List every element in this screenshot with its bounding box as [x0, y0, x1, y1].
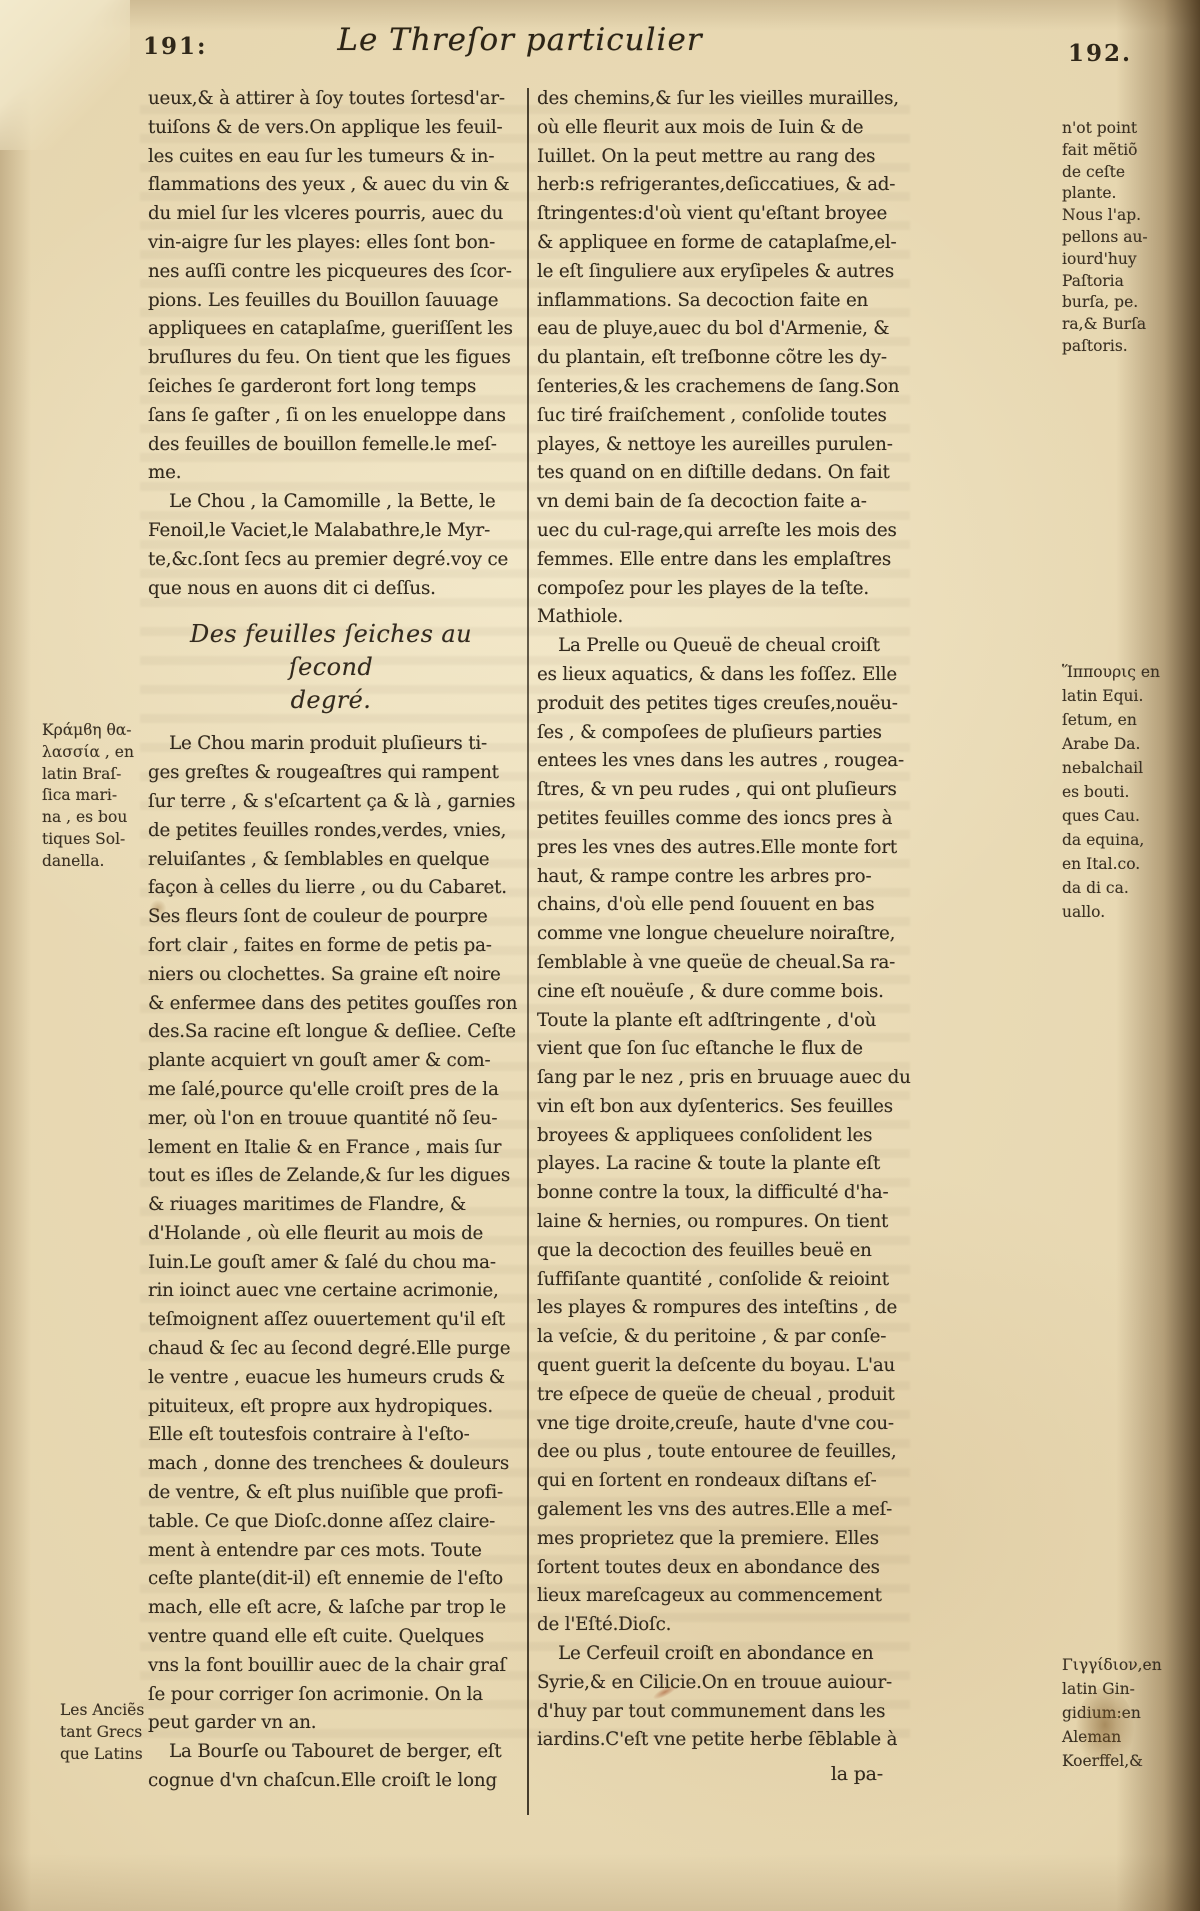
- text-line: es lieux aquatics, & dans les foſſez. El…: [537, 660, 894, 689]
- text-line: Nous l'ap.: [1062, 205, 1190, 227]
- section-heading-line2: degré.: [148, 684, 514, 717]
- text-line: iourd'huy: [1062, 249, 1190, 271]
- text-line: & appliquee en forme de cataplaſme,el-: [537, 228, 894, 257]
- text-line: les cuites en eau ſur les tumeurs & in-: [148, 142, 509, 171]
- text-line: latin Gin-: [1062, 1677, 1190, 1701]
- paragraph-bourse-de-berger: La Bourſe ou Tabouret de berger, eſtcogn…: [148, 1737, 524, 1795]
- text-line: ſetum, en: [1062, 708, 1190, 732]
- text-line: Toute la plante eſt adſtringente , d'où: [537, 1006, 894, 1035]
- text-line: de petites feuilles rondes,verdes, vnies…: [148, 816, 509, 845]
- text-line: flammations des yeux , & auec du vin &: [148, 170, 509, 199]
- paragraph-chou-marin: Le Chou marin produit pluſieurs ti-ges g…: [148, 729, 524, 1737]
- paragraph-prelle-queue-de-cheval: La Prelle ou Queuë de cheual croiſtes li…: [537, 631, 909, 1639]
- text-line: uallo.: [1062, 900, 1190, 924]
- text-line: Ses fleurs ſont de couleur de pourpre: [148, 902, 509, 931]
- text-line: playes, & nettoye les aureilles purulen-: [537, 430, 894, 459]
- text-line: cine eſt nouëuſe , & dure comme bois.: [537, 977, 894, 1006]
- margin-note-pastoria-bursa: n'ot pointfait mẽtiõde ceſteplante.Nous …: [1062, 118, 1190, 358]
- text-line: vne tige droite,creuſe, haute d'vne cou-: [537, 1409, 894, 1438]
- text-line: na , es bou: [42, 807, 144, 829]
- text-line: que la decoction des feuilles beuë en: [537, 1236, 894, 1265]
- text-line: ſenteries,& les crachemens de ſang.Son: [537, 372, 894, 401]
- text-line: Le Chou , la Camomille , la Bette, le: [148, 487, 509, 516]
- text-line: vin-aigre ſur les playes: elles ſont bon…: [148, 228, 509, 257]
- text-line: appliquees en cataplaſme, gueriſſent les: [148, 314, 509, 343]
- text-line: galement les vns des autres.Elle a meſ-: [537, 1495, 894, 1524]
- text-line: Iuin.Le gouſt amer & ſalé du chou ma-: [148, 1248, 509, 1277]
- text-line: uec du cul-rage,qui arreſte les mois des: [537, 516, 894, 545]
- text-line: vns la font bouillir auec de la chair gr…: [148, 1651, 509, 1680]
- text-line: la veſcie, & du peritoine , & par conſe-: [537, 1322, 894, 1351]
- text-line: niers ou clochettes. Sa graine eſt noire: [148, 960, 509, 989]
- right-text-column: des chemins,& ſur les vieilles murailles…: [537, 84, 909, 1789]
- text-line: ra,& Burſa: [1062, 314, 1190, 336]
- text-line: & riuages maritimes de Flandre, &: [148, 1190, 509, 1219]
- text-line: vn demi bain de ſa decoction faite a-: [537, 487, 894, 516]
- text-line: compoſez pour les playes de la teſte.: [537, 574, 894, 603]
- text-line: pituiteux, eſt propre aux hydropiques.: [148, 1392, 509, 1421]
- text-line: d'huy par tout communement dans les: [537, 1697, 894, 1726]
- text-line: où elle fleurit aux mois de Iuin & de: [537, 113, 894, 142]
- text-line: plante.: [1062, 183, 1190, 205]
- text-line: mach, elle eſt acre, & laſche par trop l…: [148, 1593, 509, 1622]
- text-line: Les Anciẽs: [60, 1700, 160, 1722]
- margin-note-crambe: Κράμϐη θα-λασσία , enlatin Braſ-ſica mar…: [42, 720, 144, 873]
- text-line: ment à entendre par ces mots. Toute: [148, 1536, 509, 1565]
- text-line: du miel ſur les vlceres pourris, auec du: [148, 199, 509, 228]
- text-line: ſtres, & vn peu rudes , qui ont pluſieur…: [537, 775, 894, 804]
- text-line: ſe pour corriger ſon acrimonie. On la: [148, 1680, 509, 1709]
- text-line: te,&c.ſont ſecs au premier degré.voy ce: [148, 545, 509, 574]
- text-line: La Bourſe ou Tabouret de berger, eſt: [148, 1737, 509, 1766]
- text-line: les playes & rompures des inteſtins , de: [537, 1293, 894, 1322]
- text-line: ſur terre , & s'eſcartent ça & là , garn…: [148, 787, 509, 816]
- text-line: que Latins: [60, 1744, 160, 1766]
- catchword: la pa-: [537, 1760, 909, 1789]
- text-line: table. Ce que Dioſc.donne aſſez claire-: [148, 1507, 509, 1536]
- text-line: Ἵππουρις en: [1062, 660, 1190, 684]
- text-line: tuiſons & de vers.On applique les feuil-: [148, 113, 509, 142]
- text-line: Fenoil,le Vaciet,le Malabathre,le Myr-: [148, 516, 509, 545]
- text-line: plante acquiert vn gouſt amer & com-: [148, 1046, 509, 1075]
- text-line: pions. Les feuilles du Bouillon ſauuage: [148, 286, 509, 315]
- text-line: comme vne longue cheuelure noiraſtre,: [537, 919, 894, 948]
- text-line: femmes. Elle entre dans les emplaſtres: [537, 545, 894, 574]
- text-line: eau de pluye,auec du bol d'Armenie, &: [537, 314, 894, 343]
- text-line: des.Sa racine eſt longue & deſliee. Ceſt…: [148, 1017, 509, 1046]
- text-line: Le Chou marin produit pluſieurs ti-: [148, 729, 509, 758]
- text-line: Arabe Da.: [1062, 732, 1190, 756]
- text-line: chaud & ſec au ſecond degré.Elle purge: [148, 1334, 509, 1363]
- text-line: chains, d'où elle pend ſouuent en bas: [537, 890, 894, 919]
- text-line: ſans ſe gaſter , ſi on les enueloppe dan…: [148, 401, 509, 430]
- text-line: petites feuilles comme des ioncs pres à: [537, 804, 894, 833]
- text-line: ſortent toutes deux en abondance des: [537, 1553, 894, 1582]
- text-line: es bouti.: [1062, 780, 1190, 804]
- paragraph-bouillon-continuation: ueux,& à attirer à ſoy toutes ſortesd'ar…: [148, 84, 524, 487]
- text-line: ſtringentes:d'où vient qu'eſtant broyee: [537, 199, 894, 228]
- text-line: de l'Eſté.Dioſc.: [537, 1610, 894, 1639]
- text-line: broyees & appliquees conſolident les: [537, 1121, 894, 1150]
- text-line: ſuffiſante quantité , conſolide & reioin…: [537, 1265, 894, 1294]
- running-title: Le Threſor particulier: [290, 22, 750, 58]
- text-line: qui en ſortent en rondeaux diſtans eſ-: [537, 1466, 894, 1495]
- text-line: fort clair , faites en forme de petis pa…: [148, 931, 509, 960]
- text-line: des chemins,& ſur les vieilles murailles…: [537, 84, 894, 113]
- text-line: mach , donne des trenchees & douleurs: [148, 1449, 509, 1478]
- text-line: ques Cau.: [1062, 804, 1190, 828]
- text-line: bonne contre la toux, la difficulté d'ha…: [537, 1178, 894, 1207]
- text-line: inflammations. Sa decoction faite en: [537, 286, 894, 315]
- text-line: lement en Italie & en France , mais ſur: [148, 1133, 509, 1162]
- left-text-column: ueux,& à attirer à ſoy toutes ſortesd'ar…: [148, 84, 524, 1795]
- text-line: ſemblable à vne queüe de cheual.Sa ra-: [537, 948, 894, 977]
- text-line: de ceſte: [1062, 162, 1190, 184]
- text-line: vient que ſon ſuc eſtanche le flux de: [537, 1034, 894, 1063]
- text-line: playes. La racine & toute la plante eſt: [537, 1149, 894, 1178]
- text-line: de ventre, & eſt plus nuiſible que profi…: [148, 1478, 509, 1507]
- text-line: ſang par le nez , pris en bruuage auec d…: [537, 1063, 894, 1092]
- paragraph-cerfeuil: Le Cerfeuil croiſt en abondance enSyrie,…: [537, 1639, 909, 1754]
- text-line: tout es iſles de Zelande,& ſur les digue…: [148, 1161, 509, 1190]
- text-line: lieux mareſcageux au commencement: [537, 1581, 894, 1610]
- folio-number-right: 192.: [1068, 40, 1132, 67]
- text-line: ſeiches ſe garderont fort long temps: [148, 372, 509, 401]
- column-divider-rule: [527, 88, 529, 1815]
- text-line: que nous en auons dit ci deſſus.: [148, 574, 509, 603]
- text-line: tiques Sol-: [42, 829, 144, 851]
- text-line: Γιγγίδιον,en: [1062, 1653, 1190, 1677]
- ink-stain: [1076, 1688, 1134, 1770]
- text-line: d'Holande , où elle fleurit au mois de: [148, 1219, 509, 1248]
- text-line: ueux,& à attirer à ſoy toutes ſortesd'ar…: [148, 84, 509, 113]
- text-line: bruſlures du feu. On tient que les figue…: [148, 343, 509, 372]
- book-page-scan: 191: Le Threſor particulier 192. ueux,& …: [0, 0, 1200, 1911]
- text-line: ſes , & compoſees de pluſieurs parties: [537, 718, 894, 747]
- text-line: paſtoris.: [1062, 336, 1190, 358]
- text-line: vin eſt bon aux dyſenterics. Ses feuille…: [537, 1092, 894, 1121]
- text-line: le ventre , euacue les humeurs cruds &: [148, 1363, 509, 1392]
- text-line: façon à celles du lierre , ou du Cabaret…: [148, 873, 509, 902]
- margin-note-equisetum: Ἵππουρις enlatin Equi.ſetum, enArabe Da.…: [1062, 660, 1190, 924]
- margin-note-anciens: Les Anciẽstant Grecsque Latins: [60, 1700, 160, 1765]
- text-line: burſa, pe.: [1062, 292, 1190, 314]
- text-line: da di ca.: [1062, 876, 1190, 900]
- text-line: ceſte plante(dit-il) eſt ennemie de l'eſ…: [148, 1564, 509, 1593]
- text-line: des feuilles de bouillon femelle.le meſ-: [148, 430, 509, 459]
- text-line: da equina,: [1062, 828, 1190, 852]
- text-line: dee ou plus , toute entouree de feuilles…: [537, 1437, 894, 1466]
- text-line: du plantain, eſt treſbonne cõtre les dy-: [537, 343, 894, 372]
- text-line: pres les vnes des autres.Elle monte fort: [537, 833, 894, 862]
- text-line: quent guerit la deſcente du boyau. L'au: [537, 1351, 894, 1380]
- page-corner-highlight: [0, 0, 130, 150]
- paragraph-premier-degre-list: Le Chou , la Camomille , la Bette, leFen…: [148, 487, 524, 602]
- text-line: λασσία , en: [42, 742, 144, 764]
- text-line: iardins.C'eſt vne petite herbe ſēblable …: [537, 1725, 894, 1754]
- text-line: Mathiole.: [537, 602, 894, 631]
- section-heading-feuilles-seiches: Des feuilles ſeiches au ſecond degré.: [148, 618, 514, 717]
- text-line: n'ot point: [1062, 118, 1190, 140]
- text-line: me.: [148, 458, 509, 487]
- text-line: reluiſantes , & ſemblables en quelque: [148, 845, 509, 874]
- text-line: rin ioinct auec vne certaine acrimonie,: [148, 1276, 509, 1305]
- text-line: ſica mari-: [42, 785, 144, 807]
- text-line: tre eſpece de queüe de cheual , produit: [537, 1380, 894, 1409]
- text-line: en Ital.co.: [1062, 852, 1190, 876]
- text-line: latin Equi.: [1062, 684, 1190, 708]
- text-line: tant Grecs: [60, 1722, 160, 1744]
- text-line: nes auſſi contre les picqueures des ſcor…: [148, 257, 509, 286]
- text-line: me ſalé,pource qu'elle croiſt pres de la: [148, 1075, 509, 1104]
- text-line: Le Cerfeuil croiſt en abondance en: [537, 1639, 894, 1668]
- text-line: ventre quand elle eſt cuite. Quelques: [148, 1622, 509, 1651]
- text-line: mer, où l'on en trouue quantité nõ ſeu-: [148, 1104, 509, 1133]
- text-line: entees les vnes dans les autres , rougea…: [537, 746, 894, 775]
- paper-speck: [150, 900, 166, 916]
- text-line: laine & hernies, ou rompures. On tient: [537, 1207, 894, 1236]
- folio-number-left: 191:: [143, 33, 208, 60]
- section-heading-line1: Des feuilles ſeiches au ſecond: [148, 618, 514, 684]
- text-line: La Prelle ou Queuë de cheual croiſt: [537, 631, 894, 660]
- text-line: Iuillet. On la peut mettre au rang des: [537, 142, 894, 171]
- text-line: teſmoignent aſſez ouuertement qu'il eſt: [148, 1305, 509, 1334]
- text-line: ges greſtes & rougeaſtres qui rampent: [148, 758, 509, 787]
- text-line: tes quand on en diſtille dedans. On fait: [537, 458, 894, 487]
- text-line: herb:s refrigerantes,deſiccatiues, & ad-: [537, 170, 894, 199]
- text-line: le eſt ſinguliere aux eryſipeles & autre…: [537, 257, 894, 286]
- text-line: Κράμϐη θα-: [42, 720, 144, 742]
- paragraph-bourse-continuation: des chemins,& ſur les vieilles murailles…: [537, 84, 909, 631]
- text-line: ſuc tiré fraiſchement , conſolide toutes: [537, 401, 894, 430]
- text-line: fait mẽtiõ: [1062, 140, 1190, 162]
- text-line: cognue d'vn chaſcun.Elle croiſt le long: [148, 1766, 509, 1795]
- text-line: danella.: [42, 851, 144, 873]
- text-line: Syrie,& en Cilicie.On en trouue auiour-: [537, 1668, 894, 1697]
- text-line: Elle eſt toutesfois contraire à l'eſto-: [148, 1420, 509, 1449]
- text-line: pellons au-: [1062, 227, 1190, 249]
- text-line: & enfermee dans des petites gouſſes ron: [148, 989, 509, 1018]
- text-line: Paſtoria: [1062, 271, 1190, 293]
- text-line: mes proprietez que la premiere. Elles: [537, 1524, 894, 1553]
- text-line: peut garder vn an.: [148, 1708, 509, 1737]
- text-line: produit des petites tiges creuſes,nouëu-: [537, 689, 894, 718]
- text-line: haut, & rampe contre les arbres pro-: [537, 862, 894, 891]
- text-line: latin Braſ-: [42, 764, 144, 786]
- text-line: nebalchail: [1062, 756, 1190, 780]
